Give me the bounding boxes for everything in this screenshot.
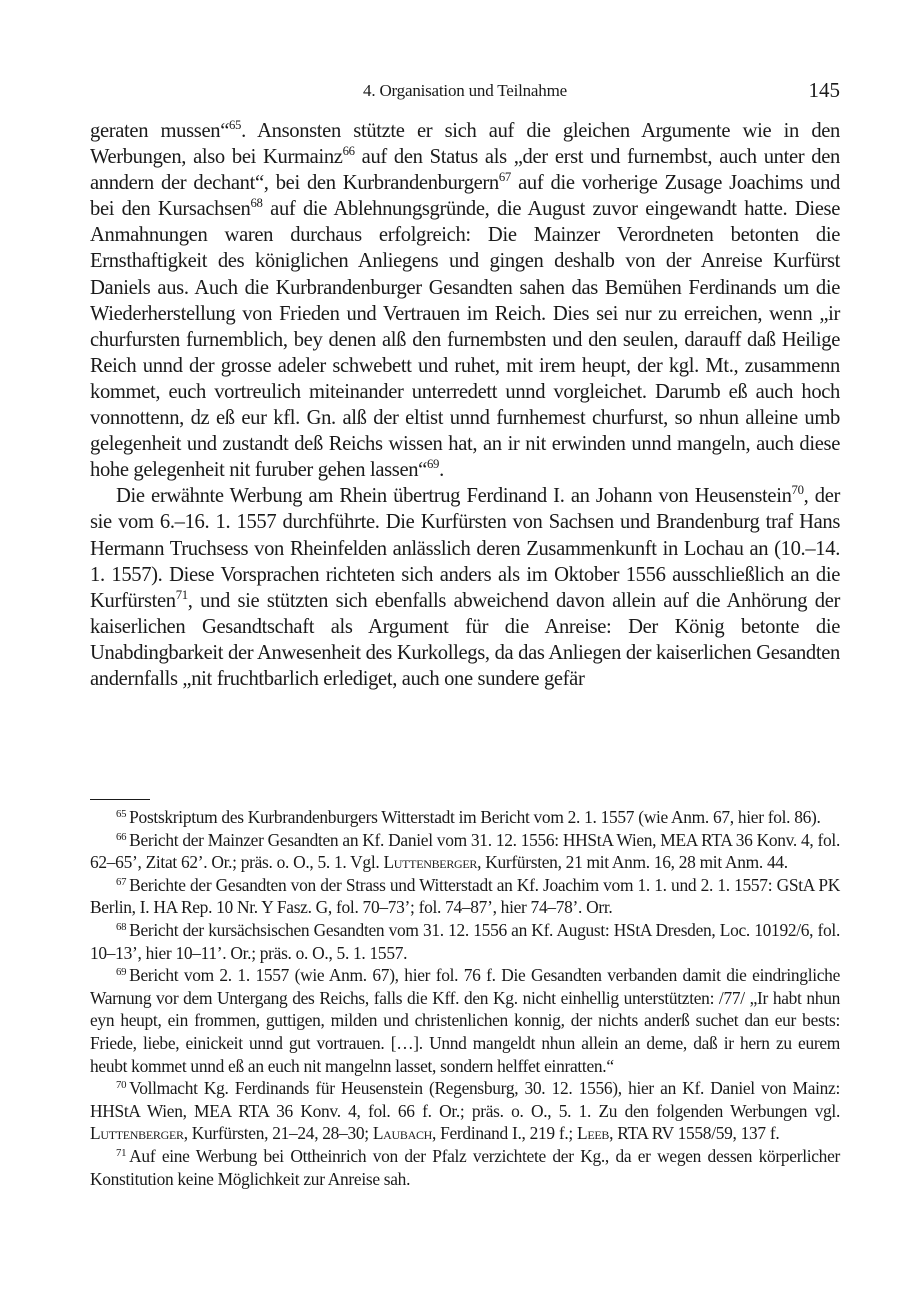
- footnote: 65Postskriptum des Kurbrandenburgers Wit…: [90, 806, 840, 829]
- body-paragraph: Die erwähnte Werbung am Rhein übertrug F…: [90, 483, 840, 692]
- footnote-reference: 67: [499, 170, 511, 184]
- footnote-number: 69: [116, 966, 126, 978]
- page-number: 145: [809, 78, 841, 103]
- running-head: 4. Organisation und Teilnahme 145: [90, 78, 840, 106]
- author-name: Leeb: [577, 1123, 609, 1143]
- author-name: Laubach: [373, 1123, 432, 1143]
- footnote: 67Berichte der Gesandten von der Strass …: [90, 874, 840, 919]
- footnote-number: 67: [116, 876, 126, 888]
- footnote-number: 70: [116, 1079, 126, 1091]
- footnote-number: 68: [116, 921, 126, 933]
- footnote-reference: 66: [343, 144, 355, 158]
- body-text: geraten mussen“65. Ansonsten stützte er …: [90, 118, 840, 692]
- footnote: 71Auf eine Werbung bei Ottheinrich von d…: [90, 1145, 840, 1190]
- footnotes: 65Postskriptum des Kurbrandenburgers Wit…: [90, 806, 840, 1190]
- author-name: Luttenberger: [90, 1123, 184, 1143]
- running-title: 4. Organisation und Teilnahme: [90, 81, 840, 101]
- footnote: 68Bericht der kursächsischen Gesandten v…: [90, 919, 840, 964]
- footnote: 70Vollmacht Kg. Ferdinands für Heusenste…: [90, 1077, 840, 1145]
- footnote-number: 66: [116, 831, 126, 843]
- footnote-reference: 68: [251, 196, 263, 210]
- footnote-reference: 65: [229, 118, 241, 132]
- footnote-separator: [90, 799, 150, 800]
- footnote-reference: 70: [792, 483, 804, 497]
- footnote: 69Bericht vom 2. 1. 1557 (wie Anm. 67), …: [90, 964, 840, 1077]
- author-name: Luttenberger: [383, 852, 477, 872]
- footnote-number: 71: [116, 1147, 126, 1159]
- footnote-number: 65: [116, 808, 126, 820]
- footnote-reference: 71: [176, 588, 188, 602]
- body-paragraph: geraten mussen“65. Ansonsten stützte er …: [90, 118, 840, 483]
- footnote: 66Bericht der Mainzer Gesandten an Kf. D…: [90, 829, 840, 874]
- footnote-reference: 69: [427, 457, 439, 471]
